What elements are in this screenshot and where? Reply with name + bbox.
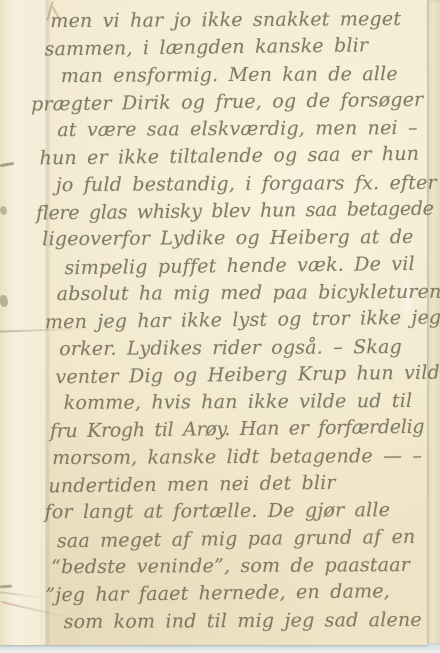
handwriting-line: men vi har jo ikke snakket meget — [50, 6, 422, 36]
handwriting-line: men jeg har ikke lyst og tror ikke jeg — [45, 305, 425, 337]
handwriting-text: men vi har jo ikke snakket megetsammen, … — [50, 5, 428, 640]
handwriting-line: orker. Lydikes rider også. – Skag — [59, 333, 425, 363]
ink-speck — [0, 162, 14, 167]
handwriting-line: man ensformig. Men kan de alle — [61, 60, 423, 90]
handwriting-line: jo fuld bestandig, i forgaars fx. efter — [56, 170, 424, 200]
fold-crease-bottom-left-minor — [0, 591, 44, 598]
handwriting-line: sammen, i længden kanske blir — [44, 32, 422, 64]
handwriting-line: ligeoverfor Lydike og Heiberg at de — [42, 224, 424, 254]
handwriting-line: flere glas whisky blev hun saa betagede — [36, 196, 424, 228]
handwriting-line: fru Krogh til Arøy. Han er forfærdelig — [50, 414, 426, 446]
handwriting-line: simpelig puffet hende væk. De vil — [64, 250, 424, 282]
handwriting-line: som kom ind til mig jeg sad alene — [64, 606, 428, 636]
handwriting-line: “bedste veninde”, som de paastaar — [51, 552, 427, 582]
handwriting-line: ”jeg har faaet hernede, en dame, — [45, 578, 427, 610]
ink-speck — [0, 206, 7, 215]
handwriting-line: venter Dig og Heiberg Krup hun vilde — [55, 360, 425, 392]
handwriting-line: absolut ha mig med paa bicykleturen — [57, 279, 425, 309]
handwriting-line: at være saa elskværdig, men nei – — [57, 115, 423, 145]
handwriting-line: for langt at fortælle. De gjør alle — [45, 497, 427, 527]
scanned-letter: men vi har jo ikke snakket megetsammen, … — [0, 0, 440, 653]
ink-speck — [0, 295, 8, 307]
handwriting-line: saa meget af mig paa grund af en — [57, 523, 427, 555]
handwriting-line: undertiden men nei det blir — [48, 469, 426, 501]
letter-page: men vi har jo ikke snakket megetsammen, … — [0, 0, 427, 645]
handwriting-line: morsom, kanske lidt betagende — – — [52, 443, 426, 473]
handwriting-line: komme, hvis han ikke vilde ud til — [64, 388, 426, 418]
handwriting-line: prægter Dirik og frue, og de forsøger — [31, 87, 423, 119]
handwriting-line: hun er ikke tiltalende og saa er hun — [39, 141, 423, 173]
ink-speck — [0, 585, 12, 588]
